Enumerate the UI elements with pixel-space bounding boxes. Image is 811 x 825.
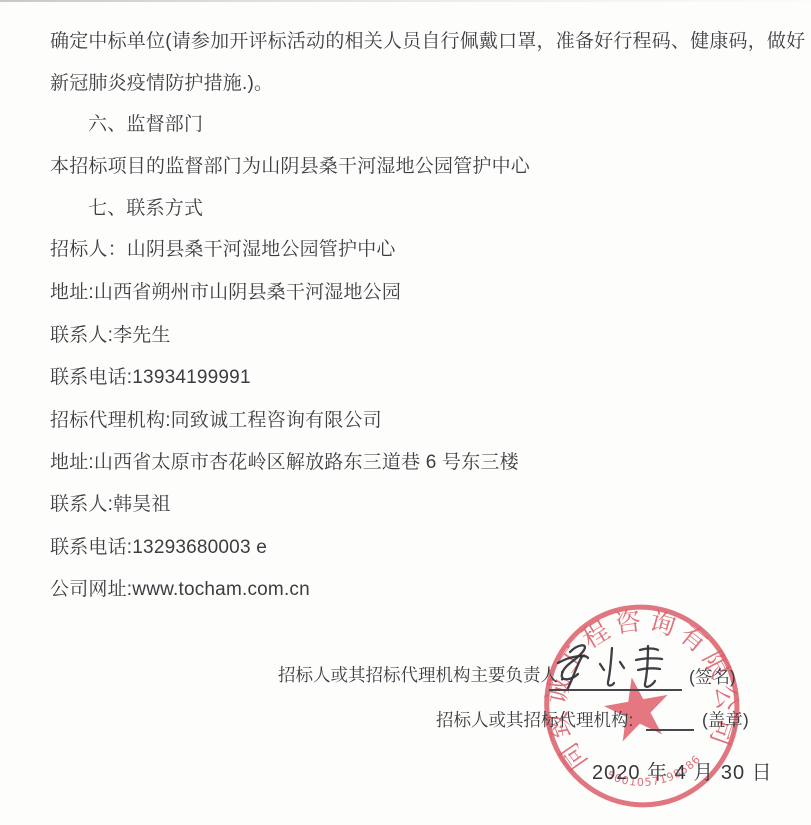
agency-line: 招标代理机构:同致诚工程咨询有限公司 (50, 409, 382, 433)
agency-phone-line: 联系电话:13293680003 e (50, 536, 267, 560)
section-heading-supervision: 六、监督部门 (88, 113, 203, 137)
company-seal-stamp: 同致诚工程咨询有限公司 5001057198586 (525, 586, 758, 825)
tenderer-line: 招标人：山阴县桑干河湿地公园管护中心 (50, 238, 396, 262)
paragraph-line: 确定中标单位(请参加开评标活动的相关人员自行佩戴口罩，准备好行程码、健康码，做好 (50, 30, 805, 54)
responsible-person-label: 招标人或其招标代理机构主要负责人： (278, 662, 576, 687)
handwritten-signature (548, 636, 688, 694)
section-heading-contact: 七、联系方式 (88, 197, 203, 221)
agency-seal-label: 招标人或其招标代理机构: (436, 707, 633, 732)
agency-address-line: 地址:山西省太原市杏花岭区解放路东三道巷 6 号东三楼 (50, 451, 519, 475)
paragraph-line: 新冠肺炎疫情防护措施.)。 (50, 72, 273, 96)
tenderer-address-line: 地址:山西省朔州市山阴县桑干河湿地公园 (50, 281, 401, 305)
tenderer-contact-line: 联系人:李先生 (50, 324, 171, 348)
seal-underline (646, 729, 694, 731)
tenderer-phone-line: 联系电话:13934199991 (50, 366, 251, 390)
paragraph-line: 本招标项目的监督部门为山阴县桑干河湿地公园管护中心 (50, 155, 530, 179)
document-date: 2020 年 4 月 30 日 (592, 756, 773, 785)
agency-contact-line: 联系人:韩昊祖 (50, 493, 171, 517)
scan-artifact-top-edge (0, 0, 811, 2)
agency-website-line: 公司网址:www.tocham.com.cn (50, 578, 310, 602)
seal-note-label: (盖章) (702, 707, 749, 732)
sign-note-label: (签名) (689, 664, 736, 689)
